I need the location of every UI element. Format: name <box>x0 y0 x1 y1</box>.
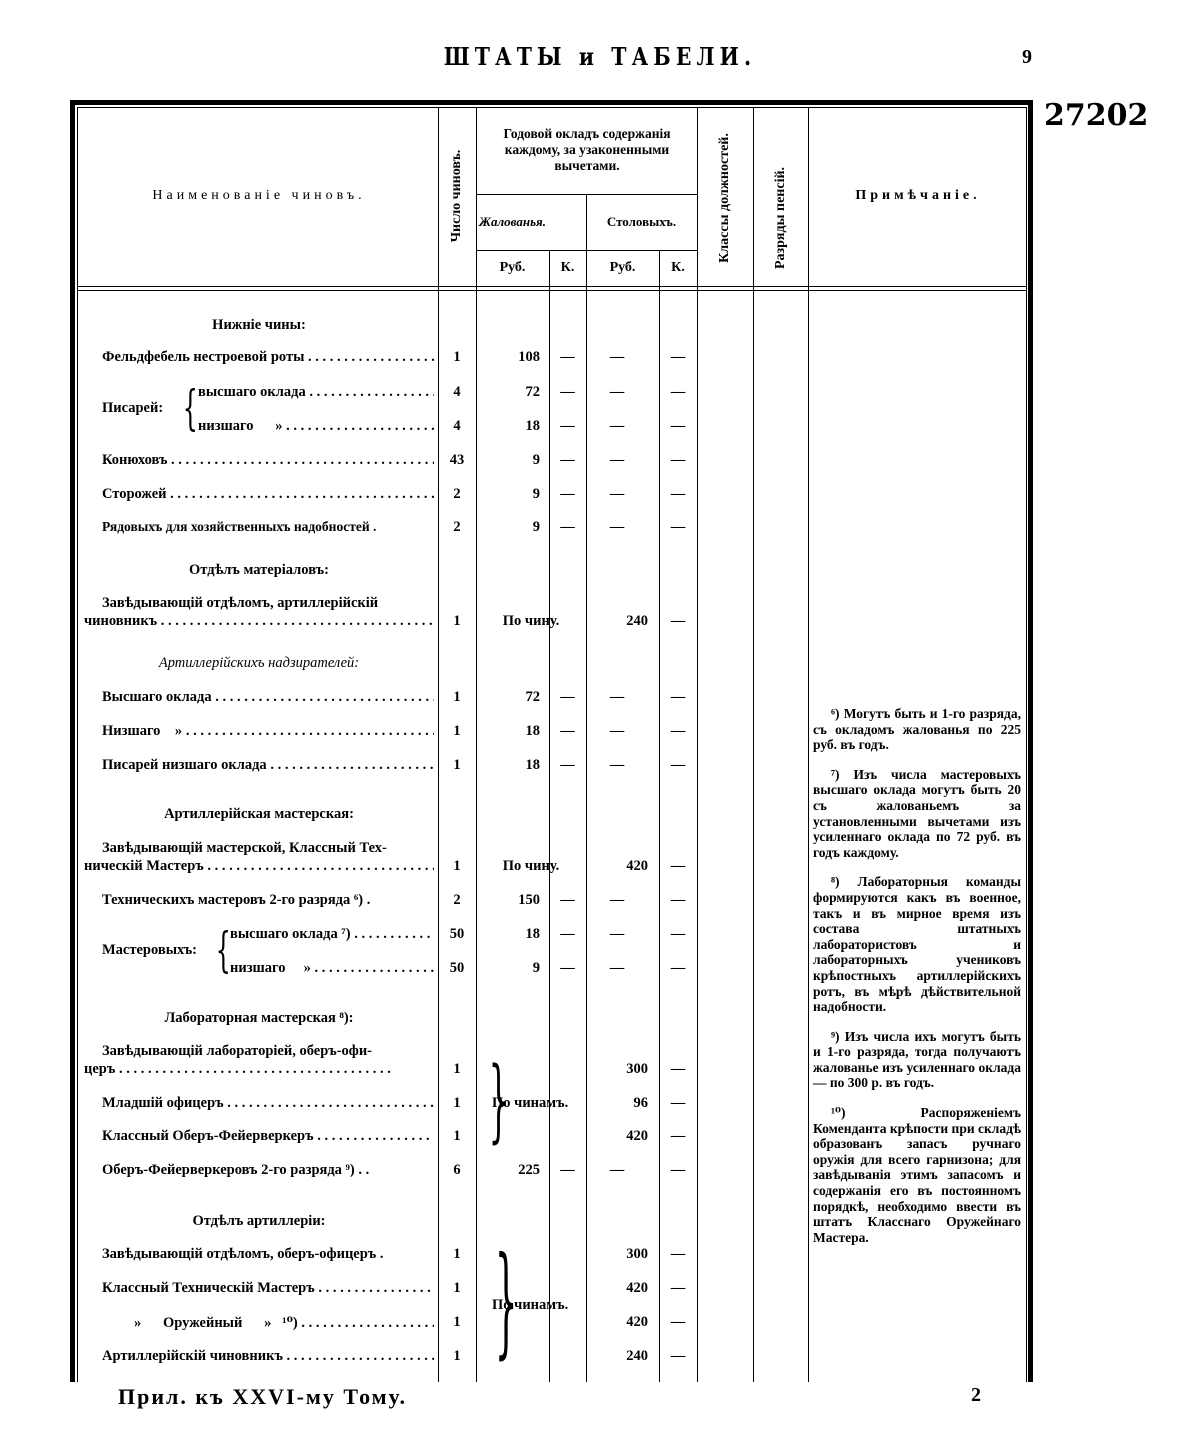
header-annual-salary: Годовой окладъ содержанія каждому, за уз… <box>478 126 696 174</box>
header-rule <box>476 250 697 251</box>
header-kop: К. <box>549 260 586 276</box>
header-rub: Руб. <box>476 260 549 276</box>
header-zhalovanye: Жалованья. <box>476 214 549 230</box>
note-10: ¹⁰) Распоряженіемъ Коменданта крѣпости п… <box>813 1105 1021 1245</box>
row-name-line1: Завѣдывающій лабораторіей, оберъ-офи- <box>102 1043 372 1060</box>
section-title: Артиллерійскихъ надзирателей: <box>80 655 438 672</box>
table-row: Сторожей 2 9 — — — <box>80 486 1028 510</box>
header-bottom-rule <box>77 286 1027 287</box>
row-name-line1: Завѣдывающій отдѣломъ, артиллерійскій <box>102 595 378 612</box>
header-count: Число чиновъ. <box>449 126 465 266</box>
brace-icon: } <box>495 1240 518 1364</box>
section-title: Нижніе чины: <box>80 317 438 334</box>
brace-icon: } <box>489 1055 509 1147</box>
section-title: Лабораторная мастерская ⁸): <box>80 1010 438 1027</box>
table-row: чиновникъ 1 По чину. 240 — <box>80 613 1028 637</box>
page-number: 9 <box>1022 46 1032 69</box>
table-row: низшаго » 4 18 — — — <box>80 418 1028 442</box>
note-7: ⁷) Изъ числа мастеровыхъ высшаго оклада … <box>813 767 1021 861</box>
footer-signature-number: 2 <box>971 1384 981 1407</box>
header-kop-2: К. <box>659 260 697 276</box>
table-row: Классный Техническій Мастеръ 1 По чинамъ… <box>80 1280 1028 1304</box>
note-6: ⁶) Могутъ быть и 1-го разряда, съ окладо… <box>813 706 1021 753</box>
document-number: 27202 <box>1044 98 1148 133</box>
header-rub-2: Руб. <box>586 260 659 276</box>
footer-volume-ref: Прил. къ XXVI-му Тому. <box>118 1384 407 1410</box>
table-row: » Оружейный » ¹⁰) 1 420 — <box>80 1314 1028 1338</box>
table-row: высшаго оклада 4 72 — — — <box>80 384 1028 408</box>
table-row: Артиллерійскій чиновникъ 1 240 — <box>80 1348 1028 1372</box>
row-name-line1: Завѣдывающій мастерской, Классный Тех- <box>102 840 387 857</box>
table-row: Фельдфебель нестроевой роты 1 108 — — — <box>80 349 1028 373</box>
section-title: Артиллерійская мастерская: <box>80 806 438 823</box>
table-row: Рядовыхъ для хозяйственныхъ надобностей … <box>80 519 1028 543</box>
header-name: Наименованіе чиновъ. <box>80 188 438 204</box>
header-classes: Классы должностей. <box>717 118 733 278</box>
note-8: ⁸) Лабораторныя команды формируются какъ… <box>813 874 1021 1014</box>
header-remarks: Примѣчаніе. <box>808 188 1028 204</box>
table-row: Конюховъ 43 9 — — — <box>80 452 1028 476</box>
remarks-notes: ⁶) Могутъ быть и 1-го разряда, съ окладо… <box>813 706 1021 1259</box>
header-stolovye: Столовыхъ. <box>586 214 697 230</box>
running-title: ШТАТЫ и ТАБЕЛИ. <box>90 42 1110 71</box>
header-pension: Разряды пенсій. <box>773 153 789 283</box>
col-divider <box>586 195 587 1382</box>
header-rule <box>476 194 697 195</box>
section-title: Отдѣлъ артиллеріи: <box>80 1213 438 1230</box>
section-title: Отдѣлъ матеріаловъ: <box>80 562 438 579</box>
header-bottom-rule <box>77 290 1027 291</box>
note-9: ⁹) Изъ числа ихъ могутъ быть и 1-го разр… <box>813 1029 1021 1091</box>
